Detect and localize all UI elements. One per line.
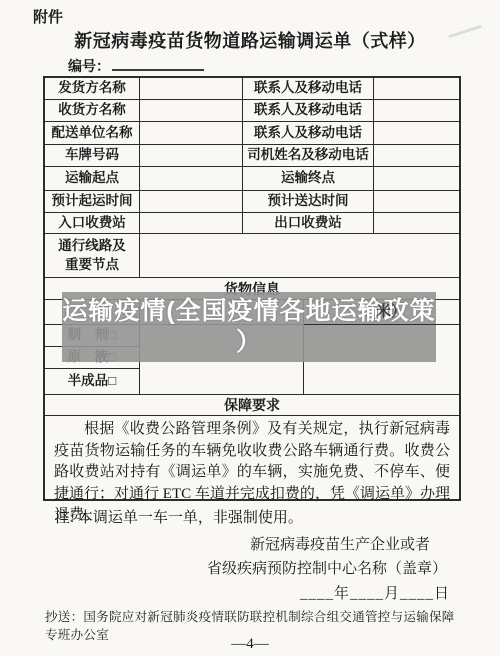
- serial-number-row: 编号：: [68, 56, 204, 76]
- route-label-line1: 通行线路及: [58, 239, 126, 254]
- signature-line2-seal: 省级疾病预防控制中心名称（盖章）: [207, 557, 447, 578]
- value-departure-time: [140, 191, 243, 213]
- label-driver-contact: 司机姓名及移动电话: [243, 145, 374, 167]
- label-consignee-contact: 联系人及移动电话: [243, 100, 374, 122]
- label-delivery-contact: 联系人及移动电话: [243, 122, 374, 145]
- label-entry-toll-station: 入口收费站: [45, 213, 140, 234]
- value-arrival-time: [374, 191, 459, 213]
- dispatch-form-table: 发货方名称 联系人及移动电话 收货方名称 联系人及移动电话 配送单位名称 联系人…: [43, 76, 461, 501]
- value-driver-contact: [374, 145, 459, 167]
- label-shipper-name: 发货方名称: [45, 78, 140, 100]
- value-delivery-contact: [374, 122, 459, 145]
- value-origin: [140, 167, 243, 191]
- label-delivery-unit: 配送单位名称: [45, 122, 140, 145]
- label-shipper-contact: 联系人及移动电话: [243, 78, 374, 100]
- document-title: 新冠病毒疫苗货物道路运输调运单（式样）: [0, 27, 500, 53]
- usage-note: 注: 本调运单一车一单，非强制使用。: [55, 506, 303, 527]
- serial-number-label: 编号：: [68, 58, 110, 74]
- value-plate-number: [140, 145, 243, 167]
- route-label-line2: 重要节点: [65, 258, 119, 273]
- label-destination: 运输终点: [243, 167, 374, 191]
- label-exit-toll-station: 出口收费站: [243, 213, 374, 234]
- page-number: —4—: [0, 636, 500, 653]
- label-consignee-name: 收货方名称: [45, 100, 140, 122]
- value-shipper-contact: [374, 78, 459, 100]
- attachment-label: 附件: [33, 6, 63, 27]
- value-consignee-contact: [374, 100, 459, 122]
- basic-info-section: 发货方名称 联系人及移动电话 收货方名称 联系人及移动电话 配送单位名称 联系人…: [45, 78, 459, 278]
- watermark-text-line2: ）: [236, 327, 262, 358]
- signature-line1: 新冠病毒疫苗生产企业或者: [250, 533, 430, 554]
- signature-date-line: ____年____月____日: [300, 582, 450, 603]
- serial-number-blank-line: [112, 56, 204, 71]
- goods-header-right-fragment: 米）: [304, 300, 459, 325]
- guarantee-paragraph: 根据《收费公路管理条例》及有关规定，执行新冠病毒疫苗货物运输任务的车辆免收收费公…: [45, 416, 459, 499]
- label-departure-time: 预计起运时间: [45, 191, 140, 213]
- label-route-and-nodes: 通行线路及 重要节点: [45, 234, 140, 278]
- value-destination: [374, 167, 459, 191]
- label-plate-number: 车牌号码: [45, 145, 140, 167]
- value-consignee-name: [140, 100, 243, 122]
- guarantee-section-title: 保障要求: [45, 395, 459, 416]
- value-exit-toll-station: [374, 213, 459, 234]
- goods-type-semifinished-checkbox-label: 半成品□: [45, 369, 140, 395]
- value-shipper-name: [140, 78, 243, 100]
- value-entry-toll-station: [140, 213, 243, 234]
- label-origin: 运输起点: [45, 167, 140, 191]
- value-route-and-nodes: [140, 234, 459, 278]
- label-arrival-time: 预计送达时间: [243, 191, 374, 213]
- value-delivery-unit: [140, 122, 243, 145]
- scanned-document-page: 附件 新冠病毒疫苗货物道路运输调运单（式样） 编号： 发货方名称 联系人及移动电…: [0, 0, 500, 656]
